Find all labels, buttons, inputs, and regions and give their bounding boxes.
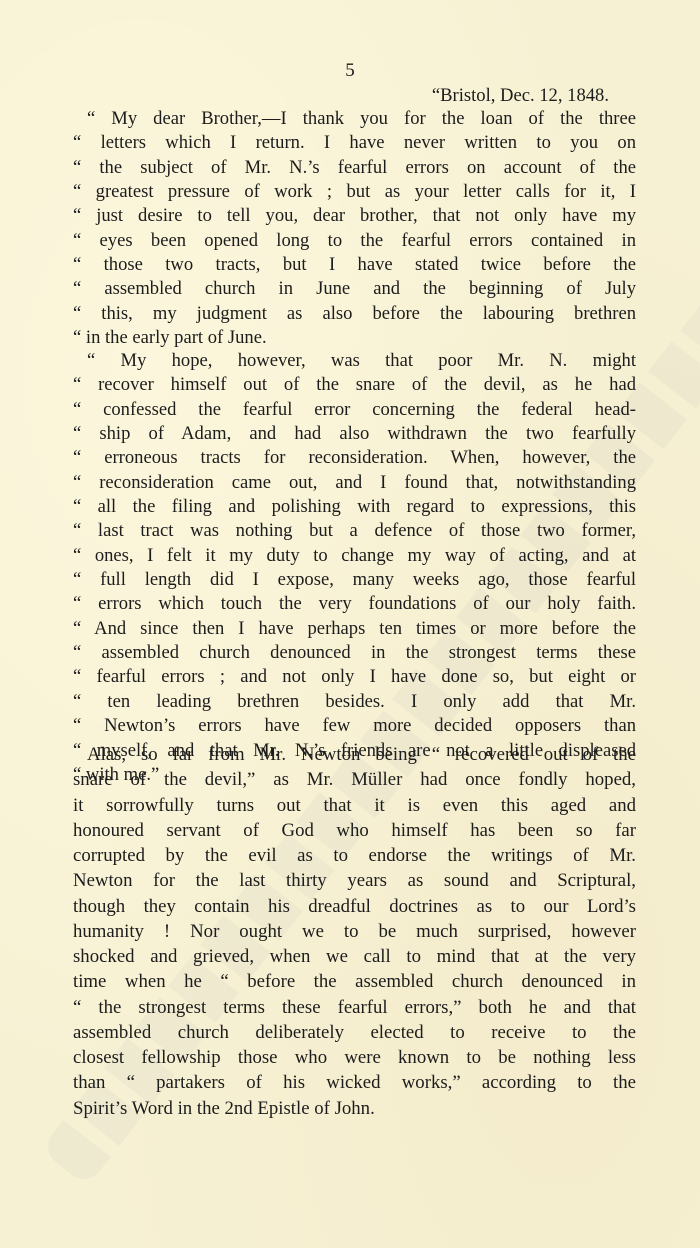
text-line: “ assembled church in June and the begin… bbox=[73, 277, 636, 301]
page-number: 5 bbox=[0, 60, 700, 82]
text-line: it sorrowfully turns out that it is even… bbox=[73, 793, 636, 818]
text-line: “ this, my judgment as also before the l… bbox=[73, 302, 636, 326]
text-line: “ ones, I felt it my duty to change my w… bbox=[73, 544, 636, 568]
text-line: “ And since then I have perhaps ten time… bbox=[73, 617, 636, 641]
text-line: “ assembled church denounced in the stro… bbox=[73, 641, 636, 665]
text-line: “ last tract was nothing but a defence o… bbox=[73, 519, 636, 543]
text-line: corrupted by the evil as to endorse the … bbox=[73, 843, 636, 868]
text-line: shocked and grieved, when we call to min… bbox=[73, 944, 636, 969]
text-line: “ eyes been opened long to the fearful e… bbox=[73, 229, 636, 253]
text-line: “ reconsideration came out, and I found … bbox=[73, 471, 636, 495]
text-line: “ erroneous tracts for reconsideration. … bbox=[73, 446, 636, 470]
text-line: “ all the filing and polishing with rega… bbox=[73, 495, 636, 519]
text-line: “ fearful errors ; and not only I have d… bbox=[73, 665, 636, 689]
text-line: “ the subject of Mr. N.’s fearful errors… bbox=[73, 156, 636, 180]
text-line: assembled church deliberately elected to… bbox=[73, 1020, 636, 1045]
text-line: snare of the devil,” as Mr. Müller had o… bbox=[73, 767, 636, 792]
text-line: Alas, so far from Mr. Newton being “ rec… bbox=[73, 742, 636, 767]
text-line: time when he “ before the assembled chur… bbox=[73, 969, 636, 994]
text-line: than “ partakers of his wicked works,” a… bbox=[73, 1070, 636, 1095]
text-line: “ the strongest terms these fearful erro… bbox=[73, 995, 636, 1020]
text-line: Spirit’s Word in the 2nd Epistle of John… bbox=[73, 1096, 636, 1121]
text-line: “ ship of Adam, and had also withdrawn t… bbox=[73, 422, 636, 446]
text-line: “ errors which touch the very foundation… bbox=[73, 592, 636, 616]
letter-dateline-block: “Bristol, Dec. 12, 1848. bbox=[73, 84, 636, 108]
text-line: “ confessed the fearful error concerning… bbox=[73, 398, 636, 422]
text-line: “ those two tracts, but I have stated tw… bbox=[73, 253, 636, 277]
commentary-paragraph: Alas, so far from Mr. Newton being “ rec… bbox=[73, 742, 636, 1121]
text-line: “ in the early part of June. bbox=[73, 326, 636, 350]
letter-paragraph-2: “ My hope, however, was that poor Mr. N.… bbox=[73, 349, 636, 787]
text-line: “ full length did I expose, many weeks a… bbox=[73, 568, 636, 592]
text-line: “ My dear Brother,—I thank you for the l… bbox=[73, 107, 636, 131]
letter-dateline: “Bristol, Dec. 12, 1848. bbox=[73, 84, 636, 108]
text-line: “ recover himself out of the snare of th… bbox=[73, 373, 636, 397]
text-line: though they contain his dreadful doctrin… bbox=[73, 894, 636, 919]
text-line: closest fellowship those who were known … bbox=[73, 1045, 636, 1070]
text-line: “ letters which I return. I have never w… bbox=[73, 131, 636, 155]
letter-paragraph-1: “ My dear Brother,—I thank you for the l… bbox=[73, 107, 636, 350]
text-line: honoured servant of God who himself has … bbox=[73, 818, 636, 843]
text-line: Newton for the last thirty years as soun… bbox=[73, 868, 636, 893]
text-line: “ Newton’s errors have few more decided … bbox=[73, 714, 636, 738]
text-line: humanity ! Nor ought we to be much surpr… bbox=[73, 919, 636, 944]
text-line: “ My hope, however, was that poor Mr. N.… bbox=[73, 349, 636, 373]
text-line: “ greatest pressure of work ; but as you… bbox=[73, 180, 636, 204]
text-line: “ just desire to tell you, dear brother,… bbox=[73, 204, 636, 228]
text-line: “ ten leading brethren besides. I only a… bbox=[73, 690, 636, 714]
scanned-page: 5 “Bristol, Dec. 12, 1848. “ My dear Bro… bbox=[0, 0, 700, 1248]
